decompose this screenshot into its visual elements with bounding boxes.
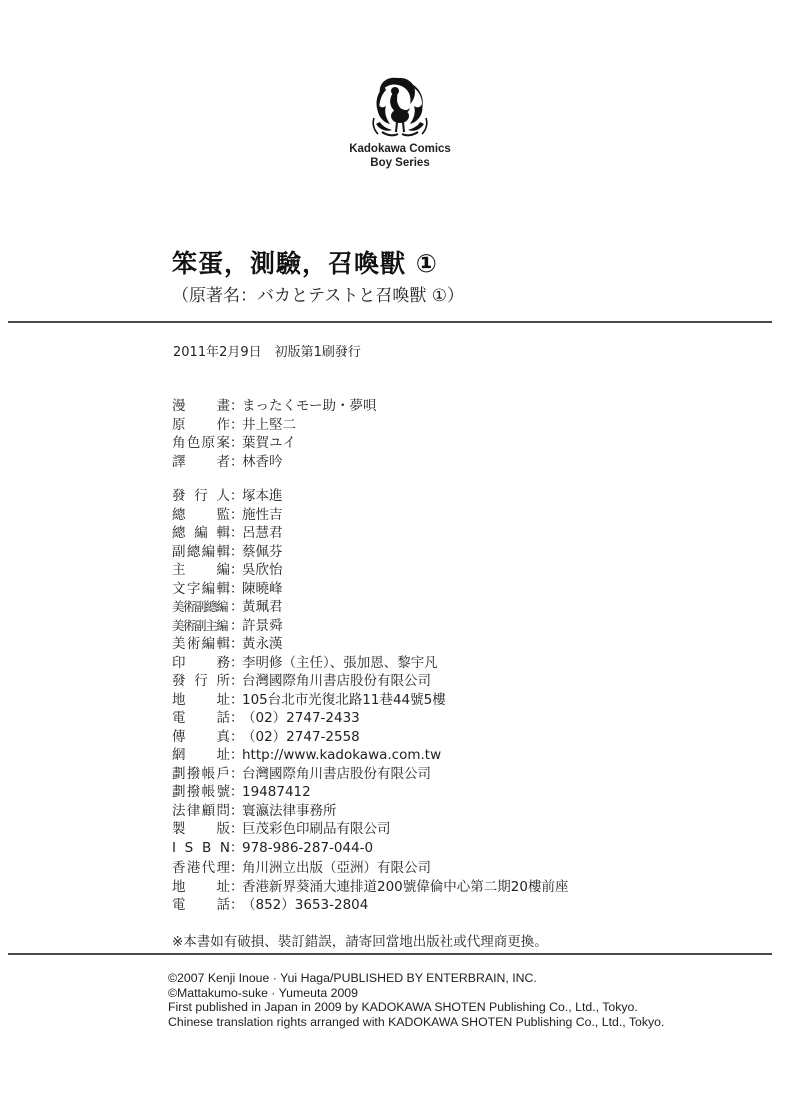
- credit-label: 美術副總編: [172, 598, 230, 617]
- credit-value: （02）2747-2433: [242, 709, 360, 728]
- copyright-line: ©2007 Kenji Inoue · Yui Haga/PUBLISHED B…: [168, 971, 664, 986]
- credit-label: 角色原案: [172, 434, 230, 453]
- credit-value: 寰瀛法律事務所: [242, 802, 337, 821]
- credit-row: 香港代理：角川洲立出版（亞洲）有限公司: [172, 859, 568, 878]
- credit-label: 電話: [172, 709, 230, 728]
- credit-label: 發行所: [172, 672, 230, 691]
- credit-label: 製版: [172, 820, 230, 839]
- credit-value: 塚本進: [242, 487, 283, 506]
- credit-row: 角色原案：葉賀ユイ: [172, 434, 376, 453]
- credit-label: 美術編輯: [172, 635, 230, 654]
- credit-label: 總監: [172, 506, 230, 525]
- credit-label: 總編輯: [172, 524, 230, 543]
- credit-value: 李明修（主任）、張加恩、黎宇凡: [242, 654, 438, 673]
- credit-label: 劃撥帳號: [172, 783, 230, 802]
- credit-row: 主編：吳欣怡: [172, 561, 446, 580]
- copyright-line: ©Mattakumo-suke · Yumeuta 2009: [168, 986, 664, 1001]
- copyright-line: First published in Japan in 2009 by KADO…: [168, 1000, 664, 1015]
- credit-row: 電話：（852）3653-2804: [172, 896, 568, 915]
- credit-value: 葉賀ユイ: [242, 434, 296, 453]
- credit-value: 陳曉峰: [242, 580, 283, 599]
- credit-row: 製版：巨茂彩色印刷品有限公司: [172, 820, 446, 839]
- credit-value: 蔡佩芬: [242, 543, 283, 562]
- credit-row: 劃撥帳號：19487412: [172, 783, 446, 802]
- credit-label: 地址: [172, 691, 230, 710]
- divider-bottom: [8, 953, 772, 955]
- credit-label: 香港代理: [172, 859, 230, 878]
- credit-row: 發行人：塚本進: [172, 487, 446, 506]
- credit-row: 總監：施性吉: [172, 506, 446, 525]
- credit-row: 劃撥帳戶：台灣國際角川書店股份有限公司: [172, 765, 446, 784]
- credit-label: 譯者: [172, 453, 230, 472]
- credit-value: （02）2747-2558: [242, 728, 360, 747]
- copyright-block: ©2007 Kenji Inoue · Yui Haga/PUBLISHED B…: [168, 971, 664, 1030]
- credit-row: 原作：井上堅二: [172, 416, 376, 435]
- credit-label: 傳真: [172, 728, 230, 747]
- credit-row: 總編輯：呂慧君: [172, 524, 446, 543]
- phoenix-emblem-icon: [368, 74, 432, 140]
- credit-value: 林香吟: [242, 453, 283, 472]
- credit-value: 台灣國際角川書店股份有限公司: [242, 765, 431, 784]
- credit-value: 施性吉: [242, 506, 283, 525]
- credit-row: 美術副總編：黃珮君: [172, 598, 446, 617]
- book-title: 笨蛋，測驗，召喚獸 ①: [172, 244, 438, 280]
- imprint-series: Boy Series: [350, 157, 450, 169]
- credits-creators: 漫畫：まったくモー助・夢唄 原作：井上堅二 角色原案：葉賀ユイ 譯者：林香吟: [172, 397, 376, 471]
- credit-value: 105台北市光復北路11巷44號5樓: [242, 691, 446, 710]
- credit-label: 印務: [172, 654, 230, 673]
- credit-value: 吳欣怡: [242, 561, 283, 580]
- credit-label: 副總編輯: [172, 543, 230, 562]
- credit-label: 發行人: [172, 487, 230, 506]
- credit-value: 19487412: [242, 783, 311, 802]
- credit-value: http://www.kadokawa.com.tw: [242, 746, 441, 765]
- credit-row: 電話：（02）2747-2433: [172, 709, 446, 728]
- credit-value: 香港新界葵涌大連排道200號偉倫中心第二期20樓前座: [242, 878, 568, 897]
- credit-row: 譯者：林香吟: [172, 453, 376, 472]
- credit-row: 網址：http://www.kadokawa.com.tw: [172, 746, 446, 765]
- edition-date: 2011年2月9日 初版第1刷發行: [173, 341, 361, 360]
- credit-row: 漫畫：まったくモー助・夢唄: [172, 397, 376, 416]
- credit-label: 網址: [172, 746, 230, 765]
- credit-row: 地址：香港新界葵涌大連排道200號偉倫中心第二期20樓前座: [172, 878, 568, 897]
- credit-value: 台灣國際角川書店股份有限公司: [242, 672, 431, 691]
- credits-hongkong-agent: 香港代理：角川洲立出版（亞洲）有限公司地址：香港新界葵涌大連排道200號偉倫中心…: [172, 859, 568, 915]
- credit-label: 法律顧問: [172, 802, 230, 821]
- credit-row: 文字編輯：陳曉峰: [172, 580, 446, 599]
- credit-label: 原作: [172, 416, 230, 435]
- divider-top: [8, 321, 772, 323]
- credit-label: 文字編輯: [172, 580, 230, 599]
- credit-row: 傳真：（02）2747-2558: [172, 728, 446, 747]
- credit-value: 黃珮君: [242, 598, 283, 617]
- credit-value: 許景舜: [242, 617, 283, 636]
- credit-value: 黃永漢: [242, 635, 283, 654]
- credit-row: ISBN：978-986-287-044-0: [172, 839, 446, 858]
- credit-row: 副總編輯：蔡佩芬: [172, 543, 446, 562]
- credit-label: ISBN: [172, 839, 230, 858]
- imprint-name: Kadokawa Comics: [340, 143, 460, 155]
- credit-label: 主編: [172, 561, 230, 580]
- credit-label: 電話: [172, 896, 230, 915]
- publisher-logo: Kadokawa Comics Boy Series: [350, 74, 450, 169]
- credit-row: 地址：105台北市光復北路11巷44號5樓: [172, 691, 446, 710]
- credit-label: 美術副主編: [172, 617, 230, 636]
- credit-value: 角川洲立出版（亞洲）有限公司: [242, 859, 431, 878]
- credit-value: まったくモー助・夢唄: [242, 397, 376, 416]
- damage-notice: ※本書如有破損、裝訂錯誤，請寄回當地出版社或代理商更換。: [172, 930, 548, 950]
- credit-row: 印務：李明修（主任）、張加恩、黎宇凡: [172, 654, 446, 673]
- credit-label: 地址: [172, 878, 230, 897]
- credit-row: 發行所：台灣國際角川書店股份有限公司: [172, 672, 446, 691]
- credits-publishing: 發行人：塚本進總監：施性吉總編輯：呂慧君副總編輯：蔡佩芬主編：吳欣怡文字編輯：陳…: [172, 487, 446, 857]
- copyright-line: Chinese translation rights arranged with…: [168, 1015, 664, 1030]
- credit-row: 法律顧問：寰瀛法律事務所: [172, 802, 446, 821]
- credit-row: 美術副主編：許景舜: [172, 617, 446, 636]
- credit-value: 978-986-287-044-0: [242, 839, 373, 858]
- credit-value: 巨茂彩色印刷品有限公司: [242, 820, 391, 839]
- original-title: （原著名：バカとテストと召喚獸 ①）: [172, 281, 464, 306]
- credit-value: （852）3653-2804: [242, 896, 368, 915]
- credit-label: 劃撥帳戶: [172, 765, 230, 784]
- credit-row: 美術編輯：黃永漢: [172, 635, 446, 654]
- credit-value: 井上堅二: [242, 416, 296, 435]
- credit-label: 漫畫: [172, 397, 230, 416]
- credit-value: 呂慧君: [242, 524, 283, 543]
